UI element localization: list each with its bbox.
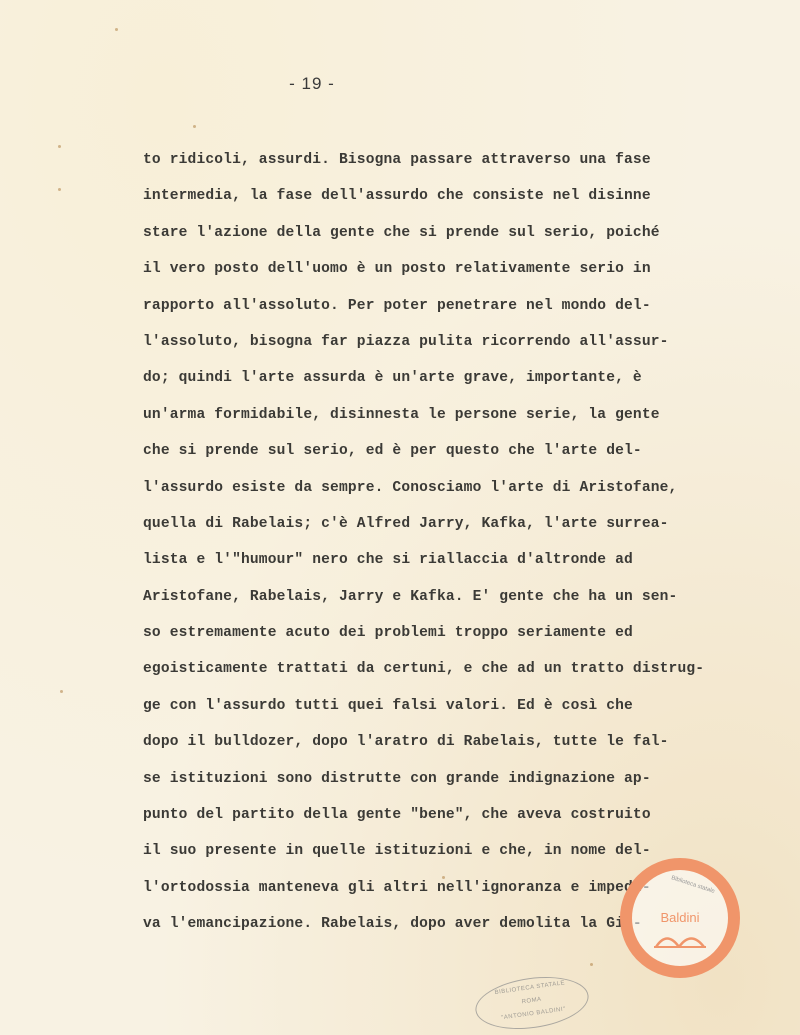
typewritten-body: to ridicoli, assurdi. Bisogna passare at… [143, 148, 704, 949]
paper-speck [58, 188, 61, 191]
text-line: stare l'azione della gente che si prende… [143, 221, 704, 257]
text-line: do; quindi l'arte assurda è un'arte grav… [143, 366, 704, 402]
text-line: l'assoluto, bisogna far piazza pulita ri… [143, 330, 704, 366]
text-line: rapporto all'assoluto. Per poter penetra… [143, 294, 704, 330]
text-line: che si prende sul serio, ed è per questo… [143, 439, 704, 475]
baldini-logo-stamp: Biblioteca statale Baldini [620, 858, 740, 978]
text-line: ge con l'assurdo tutti quei falsi valori… [143, 694, 704, 730]
baldini-stamp-subtitle: Biblioteca statale [670, 875, 715, 896]
paper-speck [115, 28, 118, 31]
baldini-stamp-label: Baldini [632, 910, 728, 925]
text-line: l'assurdo esiste da sempre. Conosciamo l… [143, 476, 704, 512]
paper-speck [442, 876, 445, 879]
text-line: il vero posto dell'uomo è un posto relat… [143, 257, 704, 293]
text-line: so estremamente acuto dei problemi tropp… [143, 621, 704, 657]
text-line: quella di Rabelais; c'è Alfred Jarry, Ka… [143, 512, 704, 548]
arches-icon [654, 930, 706, 948]
paper-speck [60, 690, 63, 693]
text-line: dopo il bulldozer, dopo l'aratro di Rabe… [143, 730, 704, 766]
text-line: il suo presente in quelle istituzioni e … [143, 839, 704, 875]
text-line: intermedia, la fase dell'assurdo che con… [143, 184, 704, 220]
text-line: se istituzioni sono distrutte con grande… [143, 767, 704, 803]
text-line: egoisticamente trattati da certuni, e ch… [143, 657, 704, 693]
text-line: un'arma formidabile, disinnesta le perso… [143, 403, 704, 439]
document-page: - 19 - to ridicoli, assurdi. Bisogna pas… [0, 0, 800, 1035]
paper-speck [590, 963, 593, 966]
text-line: lista e l'"humour" nero che si riallacci… [143, 548, 704, 584]
library-ink-stamp: BIBLIOTECA STATALE ROMA "ANTONIO BALDINI… [472, 970, 592, 1035]
paper-speck [193, 125, 196, 128]
text-line: to ridicoli, assurdi. Bisogna passare at… [143, 148, 704, 184]
page-number: - 19 - [282, 74, 342, 94]
text-line: Aristofane, Rabelais, Jarry e Kafka. E' … [143, 585, 704, 621]
text-line: punto del partito della gente "bene", ch… [143, 803, 704, 839]
paper-speck [58, 145, 61, 148]
